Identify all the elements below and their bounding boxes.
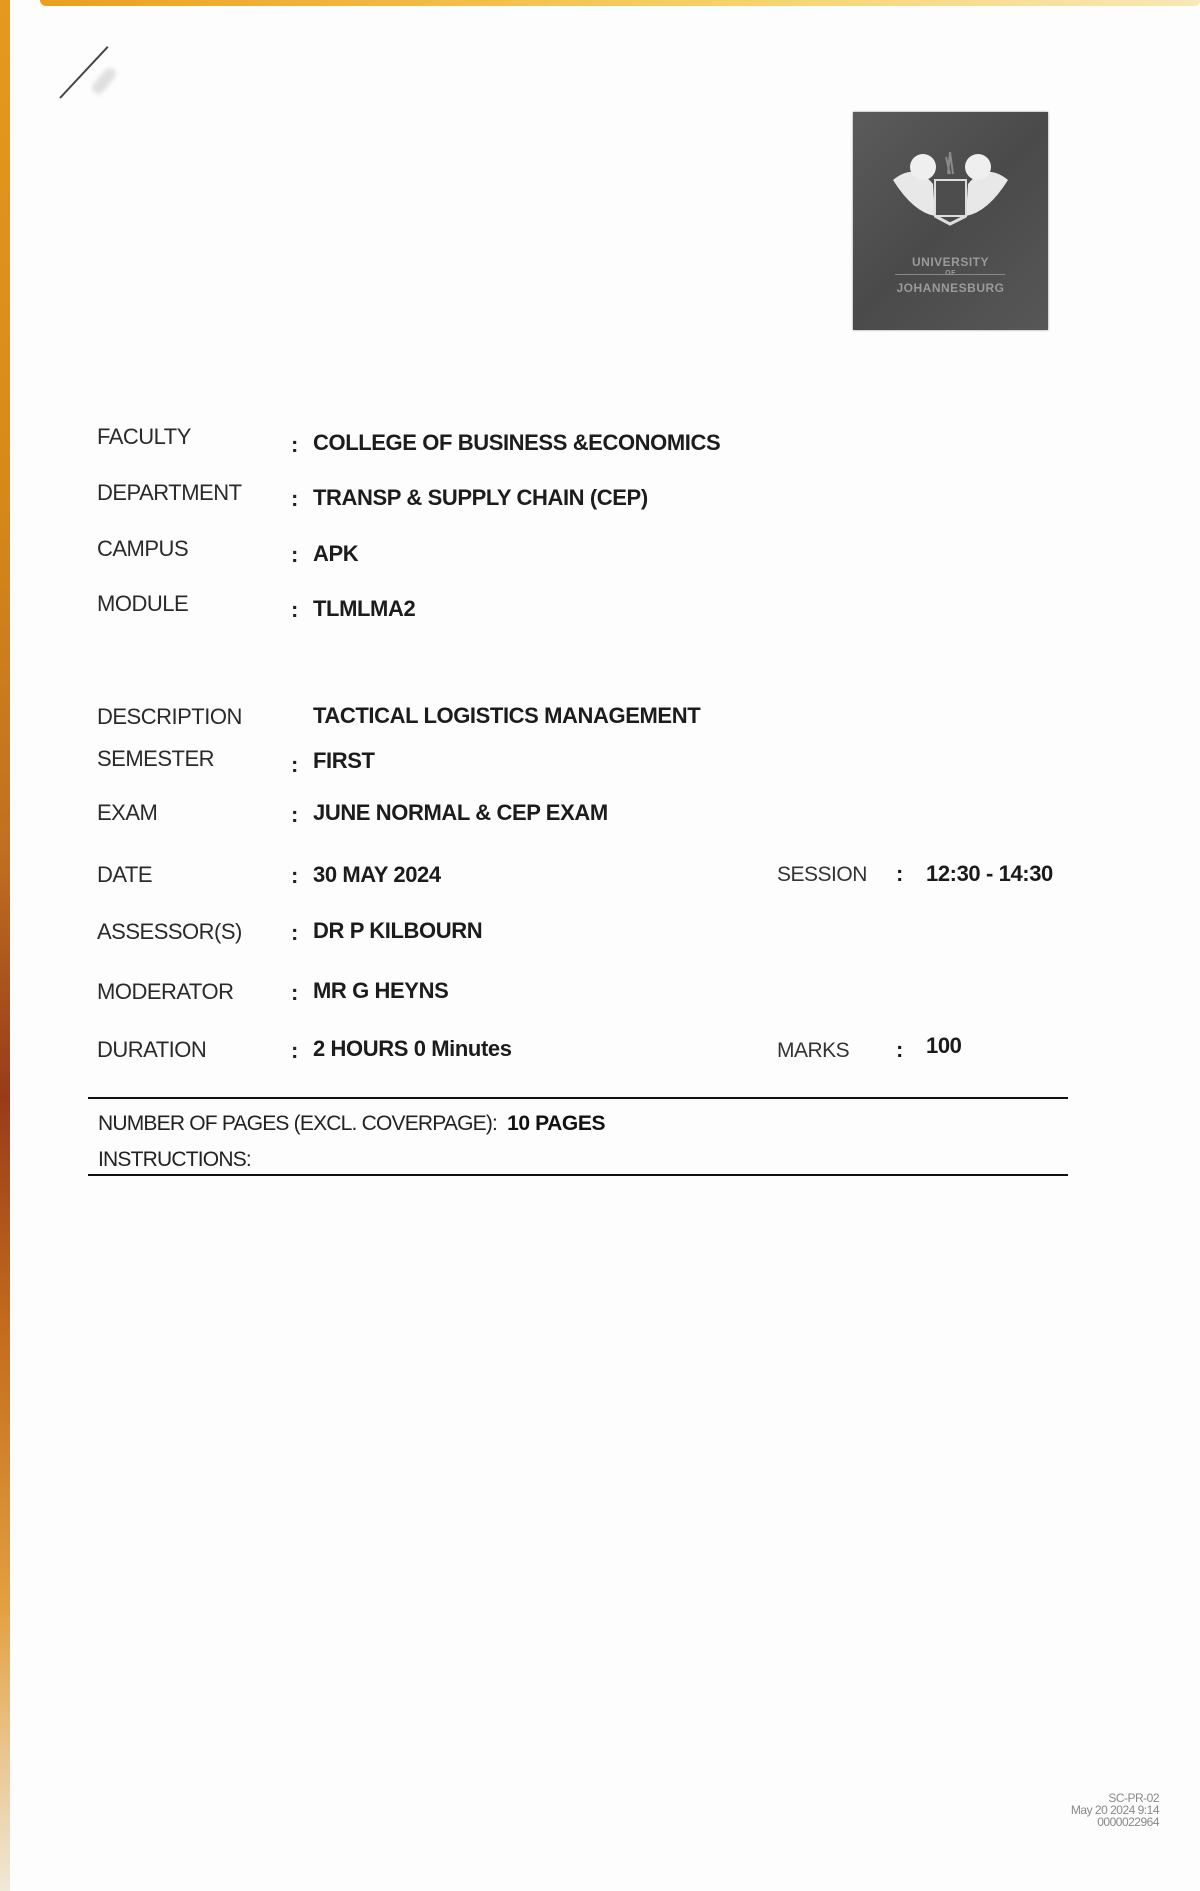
- divider-top: [88, 1097, 1068, 1099]
- field-label: DATE: [97, 862, 152, 888]
- session-value: 12:30 - 14:30: [926, 861, 1053, 887]
- marks-colon: :: [896, 1037, 903, 1063]
- field-value: APK: [313, 541, 358, 567]
- instructions-label: INSTRUCTIONS:: [98, 1148, 251, 1172]
- field-value: COLLEGE OF BUSINESS &ECONOMICS: [313, 430, 720, 456]
- field-colon: :: [291, 920, 298, 946]
- field-value: MR G HEYNS: [313, 978, 448, 1004]
- field-colon: :: [291, 802, 298, 828]
- divider-bottom: [88, 1174, 1068, 1176]
- field-colon: :: [291, 752, 298, 778]
- page-count-value: 10 PAGES: [507, 1112, 605, 1135]
- field-colon: :: [291, 432, 298, 458]
- page-count: NUMBER OF PAGES (EXCL. COVERPAGE):10 PAG…: [98, 1112, 605, 1136]
- university-logo: UNIVERSITY OF JOHANNESBURG: [853, 112, 1048, 330]
- field-label: FACULTY: [97, 424, 191, 450]
- logo-text-of: OF: [853, 270, 1048, 277]
- field-value: DR P KILBOURN: [313, 918, 482, 944]
- logo-text-johannesburg: JOHANNESBURG: [853, 281, 1048, 295]
- field-value: TACTICAL LOGISTICS MANAGEMENT: [313, 703, 700, 729]
- field-colon: :: [291, 980, 298, 1006]
- session-colon: :: [896, 861, 903, 887]
- field-value: JUNE NORMAL & CEP EXAM: [313, 800, 608, 826]
- crest-icon: [853, 112, 1048, 252]
- field-label: MODULE: [97, 591, 188, 617]
- field-value: 2 HOURS 0 Minutes: [313, 1036, 512, 1062]
- field-colon: :: [291, 863, 298, 889]
- field-value: TRANSP & SUPPLY CHAIN (CEP): [313, 485, 648, 511]
- field-label: EXAM: [97, 800, 157, 826]
- field-colon: :: [291, 1038, 298, 1064]
- pen-smudge: [90, 66, 118, 97]
- field-value: TLMLMA2: [313, 596, 415, 622]
- paper-edge-left: [0, 0, 10, 1891]
- field-label: DEPARTMENT: [97, 480, 242, 506]
- field-colon: :: [291, 597, 298, 623]
- field-label: DESCRIPTION: [97, 704, 242, 730]
- document-footer-stamp: SC-PR-02 May 20 2024 9:14 0000022964: [1071, 1792, 1159, 1828]
- field-value: 30 MAY 2024: [313, 862, 441, 888]
- field-label: DURATION: [97, 1037, 206, 1063]
- field-label: ASSESSOR(S): [97, 919, 242, 945]
- footer-serial: 0000022964: [1071, 1816, 1159, 1828]
- marks-value: 100: [926, 1033, 962, 1059]
- session-label: SESSION: [777, 863, 867, 887]
- page-count-label: NUMBER OF PAGES (EXCL. COVERPAGE):: [98, 1112, 497, 1135]
- field-value: FIRST: [313, 748, 375, 774]
- marks-label: MARKS: [777, 1039, 849, 1063]
- logo-text-university: UNIVERSITY: [853, 255, 1048, 269]
- field-label: MODERATOR: [97, 979, 233, 1005]
- field-colon: :: [291, 542, 298, 568]
- paper-edge-top: [40, 0, 1200, 6]
- field-label: CAMPUS: [97, 536, 188, 562]
- field-label: SEMESTER: [97, 746, 214, 772]
- field-colon: :: [291, 486, 298, 512]
